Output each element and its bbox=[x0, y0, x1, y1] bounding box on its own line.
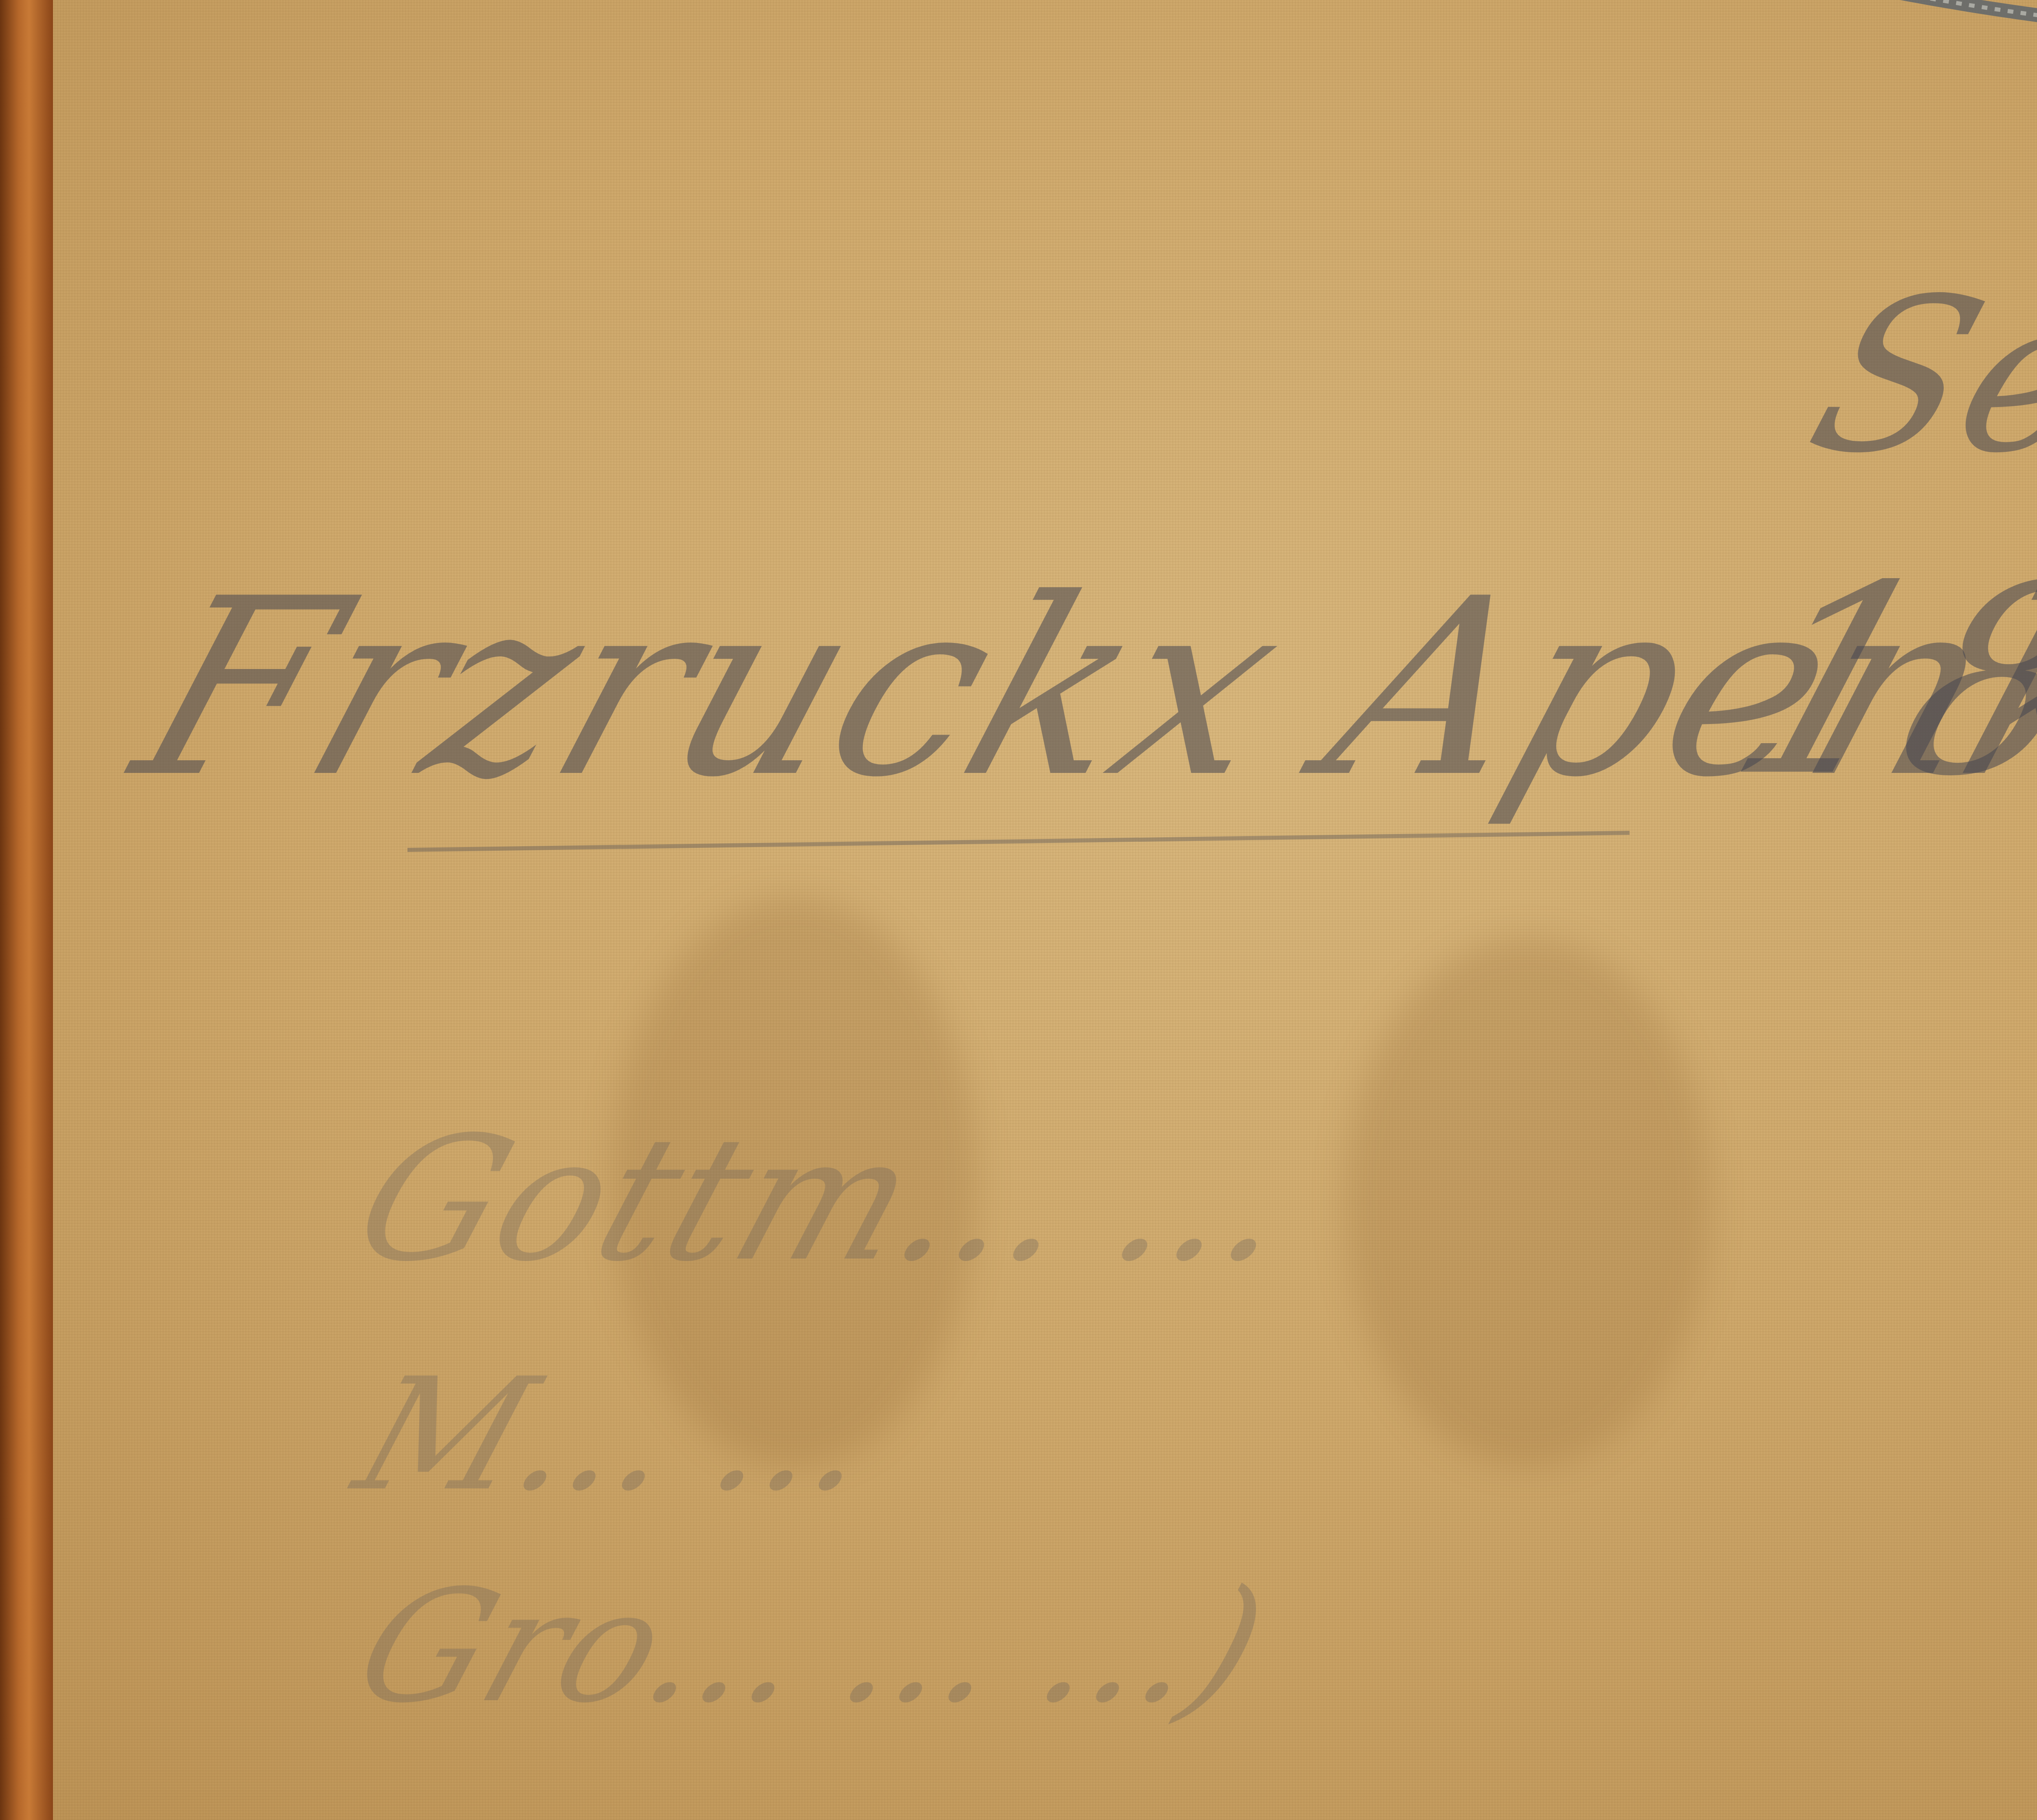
inscription-lower-1: Gottm... ... bbox=[334, 1100, 1320, 1299]
water-stain bbox=[1344, 937, 1711, 1467]
inscription-lower-2: M... ... bbox=[337, 1345, 899, 1525]
canvas-background bbox=[0, 0, 2037, 1820]
hanging-wire bbox=[1854, 0, 2037, 81]
stretcher-frame bbox=[0, 0, 53, 1820]
inscription-lower-3: Gro... ... ...) bbox=[337, 1556, 1286, 1737]
